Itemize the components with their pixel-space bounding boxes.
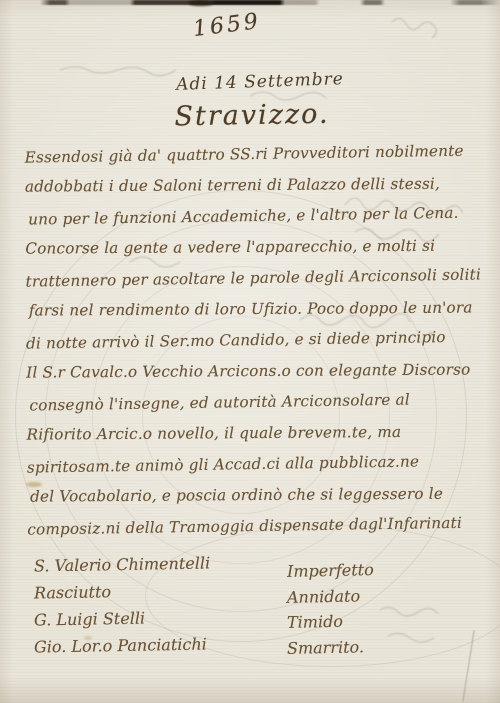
body-line: trattennero per ascoltare le parole degl…	[25, 259, 483, 297]
signature: G. Luigi Stelli	[34, 603, 211, 633]
signature: Imperfetto	[287, 557, 374, 584]
body-line: consegnò l'insegne, ed autorità Arcicons…	[26, 383, 484, 421]
body-line: Essendosi già da' quattro SS.ri Provvedi…	[24, 135, 482, 173]
body-line: del Vocabolario, e poscia ordinò che si …	[27, 478, 485, 512]
body-line: Il S.r Cavalc.o Vecchio Arcicons.o con e…	[26, 354, 484, 388]
body-line: uno per le funzioni Accademiche, e l'alt…	[25, 197, 483, 235]
body-text: Essendosi già da' quattro SS.ri Provvedi…	[25, 137, 486, 543]
signature: Timido	[287, 608, 374, 635]
body-line: Rifiorito Arcic.o novello, il quale brev…	[27, 416, 485, 450]
paper-crease	[462, 630, 474, 701]
signature: Gio. Lor.o Panciatichi	[34, 630, 211, 660]
page-top-edge	[0, 0, 500, 5]
signature-column-left: S. Valerio Chimentelli Rasciutto G. Luig…	[34, 551, 210, 659]
signature: S. Valerio Chimentelli	[34, 549, 211, 579]
signature: Rasciutto	[34, 576, 211, 606]
date-line: Adi 14 Settembre	[150, 68, 371, 96]
body-line: addobbati i due Saloni terreni di Palazz…	[25, 168, 483, 202]
manuscript-page: 1659 Adi 14 Settembre Stravizzo. Essendo…	[0, 0, 500, 703]
signature: Smarrito.	[287, 634, 374, 661]
body-line: di notte arrivò il Ser.mo Candido, e si …	[26, 321, 484, 359]
signature: Annidato	[287, 583, 374, 610]
year-heading: 1659	[192, 9, 263, 42]
document-title: Stravizzo.	[132, 98, 373, 133]
body-line: spiritosam.te animò gli Accad.ci alla pu…	[27, 445, 485, 483]
signature-column-right: Imperfetto Annidato Timido Smarrito.	[287, 558, 374, 660]
body-line: composiz.ni della Tramoggia dispensate d…	[27, 507, 485, 545]
